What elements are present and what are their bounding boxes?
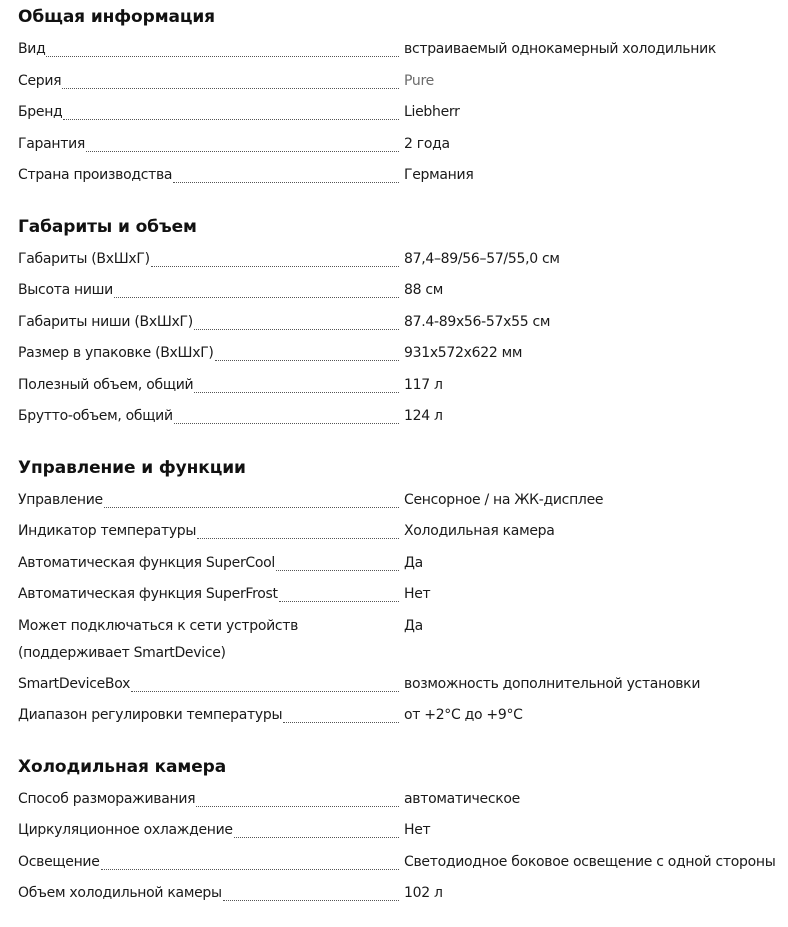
section-title: Управление и функции — [18, 452, 788, 485]
spec-row: Брутто-объем, общий 124 л — [18, 401, 788, 433]
dotted-leader — [131, 669, 399, 692]
spec-label: Габариты ниши (ВхШхГ) — [18, 307, 194, 339]
spec-label: Высота ниши — [18, 275, 114, 307]
dotted-leader — [46, 34, 399, 57]
spec-label: Может подключаться к сети устройств (под… — [18, 613, 319, 667]
spec-row: Способ размораживания автоматическое — [18, 784, 788, 816]
spec-label: Брутто-объем, общий — [18, 401, 174, 433]
spec-label: Автоматическая функция SuperCool — [18, 548, 276, 580]
section-fridge-compartment: Холодильная камера Способ размораживания… — [18, 732, 788, 910]
spec-label: Освещение — [18, 847, 101, 879]
spec-label: Бренд — [18, 97, 63, 129]
spec-value: 124 л — [399, 401, 443, 433]
dotted-leader — [276, 548, 399, 571]
spec-row-type: Вид встраиваемый однокамерный холодильни… — [18, 34, 788, 66]
spec-label: Объем холодильной камеры — [18, 878, 223, 910]
spec-value: Да — [399, 613, 423, 640]
spec-row: SmartDeviceBox возможность дополнительно… — [18, 669, 788, 701]
specifications: Общая информация Вид встраиваемый однока… — [18, 0, 788, 910]
dotted-leader — [62, 66, 399, 89]
spec-label: Габариты (ВхШхГ) — [18, 244, 151, 276]
dotted-leader — [101, 847, 399, 870]
spec-row: Объем холодильной камеры 102 л — [18, 878, 788, 910]
spec-label: Способ размораживания — [18, 784, 196, 816]
spec-label: Гарантия — [18, 129, 86, 161]
spec-value: Светодиодное боковое освещение с одной с… — [399, 847, 775, 879]
spec-value: Холодильная камера — [399, 516, 555, 548]
spec-row: Индикатор температуры Холодильная камера — [18, 516, 788, 548]
spec-value: Нет — [399, 579, 430, 611]
spec-row: Габариты ниши (ВхШхГ) 87.4-89x56-57x55 с… — [18, 307, 788, 339]
spec-value: Сенсорное / на ЖК-дисплее — [399, 485, 603, 517]
dotted-leader — [173, 160, 399, 183]
spec-row: Габариты (ВхШхГ) 87,4–89/56–57/55,0 см — [18, 244, 788, 276]
spec-value: Liebherr — [399, 97, 460, 129]
spec-value: 87.4-89x56-57x55 см — [399, 307, 550, 339]
spec-row: Диапазон регулировки температуры от +2°C… — [18, 700, 788, 732]
spec-label: Автоматическая функция SuperFrost — [18, 579, 279, 611]
dotted-leader — [223, 878, 399, 901]
spec-row: Управление Сенсорное / на ЖК-дисплее — [18, 485, 788, 517]
dotted-leader — [63, 97, 399, 120]
spec-value: от +2°C до +9°C — [399, 700, 523, 732]
spec-label: Полезный объем, общий — [18, 370, 194, 402]
section-title: Общая информация — [18, 1, 788, 34]
dotted-leader — [151, 244, 399, 267]
spec-value: 88 см — [399, 275, 443, 307]
spec-label: Размер в упаковке (ВхШхГ) — [18, 338, 215, 370]
dotted-leader — [196, 784, 399, 807]
spec-value: 87,4–89/56–57/55,0 см — [399, 244, 560, 276]
dotted-leader — [215, 338, 399, 361]
spec-value: 931x572x622 мм — [399, 338, 522, 370]
section-title: Холодильная камера — [18, 751, 788, 784]
spec-label: Циркуляционное охлаждение — [18, 815, 234, 847]
spec-value: Германия — [399, 160, 473, 192]
dotted-leader — [114, 275, 399, 298]
spec-row: Автоматическая функция SuperFrost Нет — [18, 579, 788, 611]
dotted-leader — [279, 579, 399, 602]
dotted-leader — [104, 485, 399, 508]
dotted-leader — [86, 129, 399, 152]
spec-label: SmartDeviceBox — [18, 669, 131, 701]
spec-row-warranty: Гарантия 2 года — [18, 129, 788, 161]
section-dimensions: Габариты и объем Габариты (ВхШхГ) 87,4–8… — [18, 192, 788, 433]
spec-row: Циркуляционное охлаждение Нет — [18, 815, 788, 847]
dotted-leader — [197, 516, 399, 539]
spec-label: Серия — [18, 66, 62, 98]
spec-row: Размер в упаковке (ВхШхГ) 931x572x622 мм — [18, 338, 788, 370]
spec-value: возможность дополнительной установки — [399, 669, 700, 701]
dotted-leader — [174, 401, 399, 424]
spec-value: 2 года — [399, 129, 450, 161]
dotted-leader — [234, 815, 399, 838]
spec-value: встраиваемый однокамерный холодильник — [399, 34, 716, 66]
spec-row: Высота ниши 88 см — [18, 275, 788, 307]
spec-label: Диапазон регулировки температуры — [18, 700, 283, 732]
spec-label: Индикатор температуры — [18, 516, 197, 548]
dotted-leader — [283, 700, 399, 723]
spec-row: Полезный объем, общий 117 л — [18, 370, 788, 402]
spec-value: автоматическое — [399, 784, 520, 816]
spec-row-series: Серия Pure — [18, 66, 788, 98]
section-controls-functions: Управление и функции Управление Сенсорно… — [18, 433, 788, 732]
section-general-info: Общая информация Вид встраиваемый однока… — [18, 0, 788, 192]
section-title: Габариты и объем — [18, 211, 788, 244]
spec-row-country: Страна производства Германия — [18, 160, 788, 192]
spec-row: Освещение Светодиодное боковое освещение… — [18, 847, 788, 879]
spec-value: Да — [399, 548, 423, 580]
spec-value: 102 л — [399, 878, 443, 910]
spec-row-smartdevice: Может подключаться к сети устройств (под… — [18, 611, 788, 669]
series-link[interactable]: Pure — [399, 66, 434, 98]
spec-value: 117 л — [399, 370, 443, 402]
spec-row-brand: Бренд Liebherr — [18, 97, 788, 129]
spec-row: Автоматическая функция SuperCool Да — [18, 548, 788, 580]
dotted-leader — [194, 370, 399, 393]
spec-value: Нет — [399, 815, 430, 847]
spec-label: Вид — [18, 34, 46, 66]
spec-label: Управление — [18, 485, 104, 517]
spec-label: Страна производства — [18, 160, 173, 192]
dotted-leader — [194, 307, 399, 330]
